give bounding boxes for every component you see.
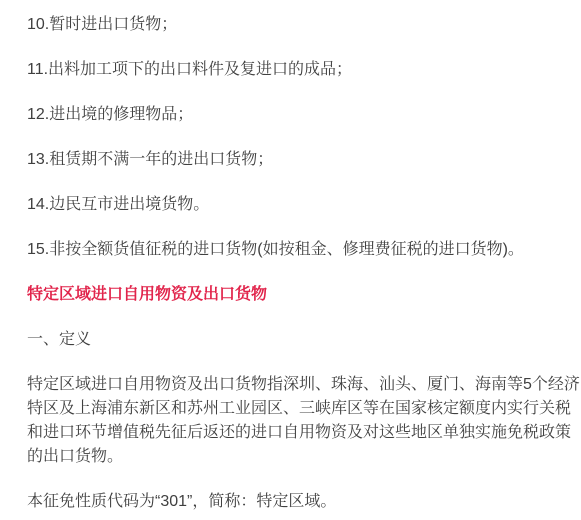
list-item-12: 12.进出境的修理物品； bbox=[27, 103, 555, 127]
definition-line-2: 特区及上海浦东新区和苏州工业园区、三峡库区等在国家核定额度内实行关税 bbox=[27, 397, 555, 421]
definition-line-1: 特定区域进口自用物资及出口货物指深圳、珠海、汕头、厦门、海南等5个经济 bbox=[27, 373, 555, 397]
list-item-15: 15.非按全额货值征税的进口货物(如按租金、修理费征税的进口货物)。 bbox=[27, 238, 555, 262]
code-note: 本征免性质代码为“301”，简称：特定区域。 bbox=[27, 490, 555, 514]
list-item-10: 10.暂时进出口货物； bbox=[27, 13, 555, 37]
list-item-11: 11.出料加工项下的出口料件及复进口的成品； bbox=[27, 58, 555, 82]
definition-paragraph: 特定区域进口自用物资及出口货物指深圳、珠海、汕头、厦门、海南等5个经济 特区及上… bbox=[27, 373, 555, 469]
definition-line-4: 的出口货物。 bbox=[27, 445, 555, 469]
definition-line-3: 和进口环节增值税先征后返还的进口自用物资及对这些地区单独实施免税政策 bbox=[27, 421, 555, 445]
section-subheading: 一、定义 bbox=[27, 328, 555, 352]
section-heading: 特定区域进口自用物资及出口货物 bbox=[27, 283, 555, 307]
article-body: 10.暂时进出口货物； 11.出料加工项下的出口料件及复进口的成品； 12.进出… bbox=[0, 0, 581, 514]
list-item-14: 14.边民互市进出境货物。 bbox=[27, 193, 555, 217]
list-item-13: 13.租赁期不满一年的进出口货物； bbox=[27, 148, 555, 172]
